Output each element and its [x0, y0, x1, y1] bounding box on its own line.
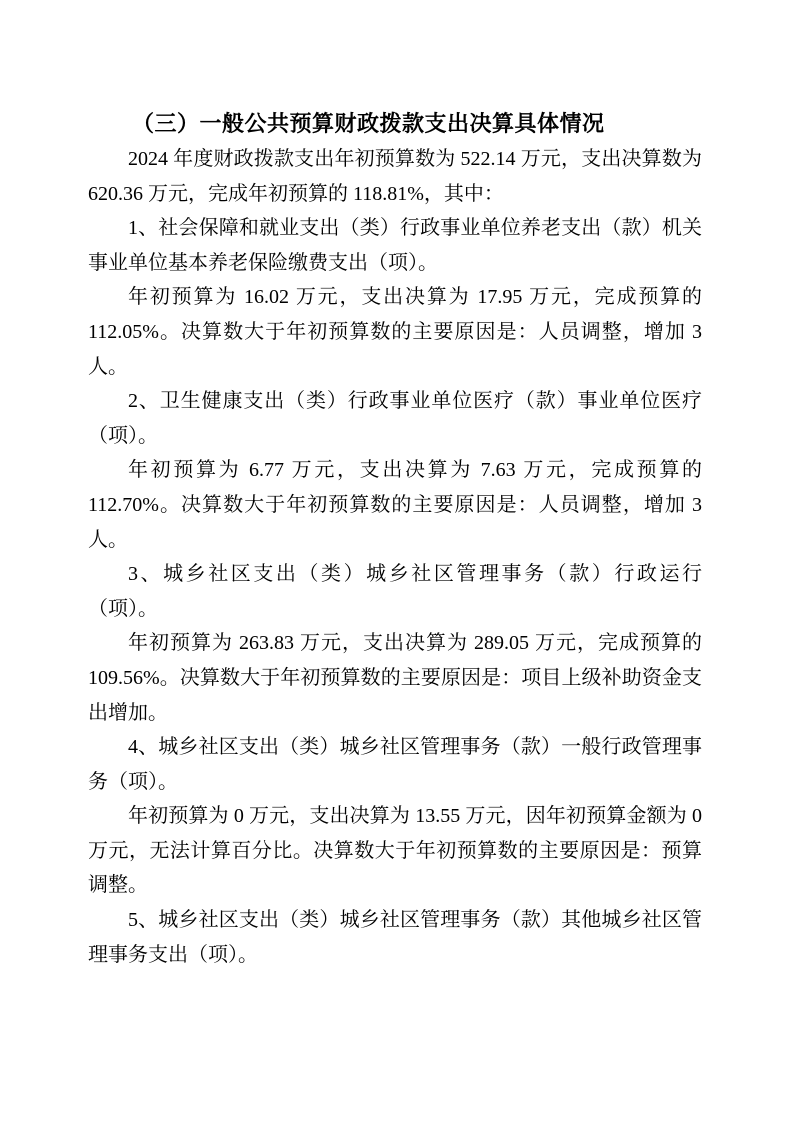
item-4-detail: 年初预算为 0 万元，支出决算为 13.55 万元，因年初预算金额为 0 万元，… [88, 799, 702, 903]
item-1-detail: 年初预算为 16.02 万元，支出决算为 17.95 万元，完成预算的 112.… [88, 280, 702, 384]
item-2-detail: 年初预算为 6.77 万元，支出决算为 7.63 万元，完成预算的 112.70… [88, 453, 702, 557]
document-content: （三）一般公共预算财政拨款支出决算具体情况 2024 年度财政拨款支出年初预算数… [88, 106, 702, 972]
document-page: （三）一般公共预算财政拨款支出决算具体情况 2024 年度财政拨款支出年初预算数… [0, 0, 793, 1122]
item-3-detail: 年初预算为 263.83 万元，支出决算为 289.05 万元，完成预算的 10… [88, 626, 702, 730]
item-1-category: 1、社会保障和就业支出（类）行政事业单位养老支出（款）机关事业单位基本养老保险缴… [88, 211, 702, 280]
item-4-category: 4、城乡社区支出（类）城乡社区管理事务（款）一般行政管理事务（项）。 [88, 730, 702, 799]
section-heading: （三）一般公共预算财政拨款支出决算具体情况 [88, 106, 702, 142]
item-5-category: 5、城乡社区支出（类）城乡社区管理事务（款）其他城乡社区管理事务支出（项）。 [88, 903, 702, 972]
item-2-category: 2、卫生健康支出（类）行政事业单位医疗（款）事业单位医疗（项）。 [88, 384, 702, 453]
summary-paragraph: 2024 年度财政拨款支出年初预算数为 522.14 万元，支出决算数为 620… [88, 142, 702, 211]
item-3-category: 3、城乡社区支出（类）城乡社区管理事务（款）行政运行（项）。 [88, 557, 702, 626]
